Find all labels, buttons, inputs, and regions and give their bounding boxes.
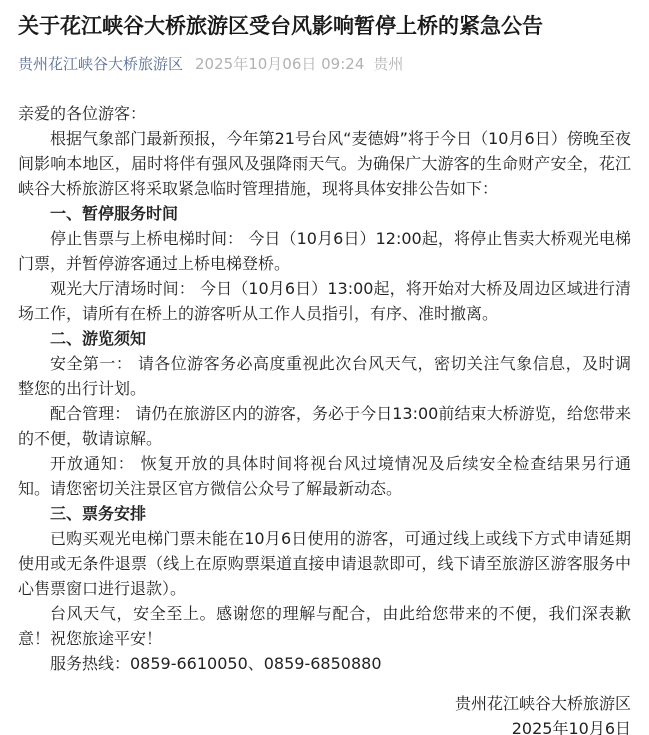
article-meta: 贵州花江峡谷大桥旅游区 2025年10月06日 09:24 贵州 [18,54,631,74]
body-paragraph: 停止售票与上桥电梯时间： 今日（10月6日）12:00起，将停止售卖大桥观光电梯… [18,226,631,276]
section-heading: 二、游览须知 [18,326,631,351]
section-heading: 一、暂停服务时间 [18,201,631,226]
article-title: 关于花江峡谷大桥旅游区受台风影响暂停上桥的紧急公告 [18,12,631,40]
article: 关于花江峡谷大桥旅游区受台风影响暂停上桥的紧急公告 贵州花江峡谷大桥旅游区 20… [0,0,649,735]
account-name-link[interactable]: 贵州花江峡谷大桥旅游区 [18,54,183,74]
publish-datetime: 2025年10月06日 09:24 [195,54,364,74]
signature-date: 2025年10月6日 [18,716,631,735]
body-paragraph: 台风天气，安全至上。感谢您的理解与配合，由此给您带来的不便，我们深表歉意！祝您旅… [18,601,631,651]
body-paragraph: 配合管理： 请仍在旅游区内的游客，务必于今日13:00前结束大桥游览，给您带来的… [18,401,631,451]
body-paragraph: 观光大厅清场时间： 今日（10月6日）13:00起，将开始对大桥及周边区域进行清… [18,276,631,326]
article-body: 亲爱的各位游客：根据气象部门最新预报，今年第21号台风“麦德姆”将于今日（10月… [18,101,631,676]
body-paragraph: 亲爱的各位游客： [18,101,631,126]
body-paragraph: 安全第一： 请各位游客务必高度重视此次台风天气，密切关注气象信息，及时调整您的出… [18,351,631,401]
body-paragraph: 服务热线：0859-6610050、0859-6850880 [18,651,631,676]
section-heading: 三、票务安排 [18,501,631,526]
signature-org: 贵州花江峡谷大桥旅游区 [18,691,631,716]
publish-location: 贵州 [373,54,403,74]
body-paragraph: 开放通知： 恢复开放的具体时间将视台风过境情况及后续安全检查结果另行通知。请您密… [18,451,631,501]
body-paragraph: 根据气象部门最新预报，今年第21号台风“麦德姆”将于今日（10月6日）傍晚至夜间… [18,126,631,201]
signature-block: 贵州花江峡谷大桥旅游区 2025年10月6日 [18,691,631,735]
body-paragraph: 已购买观光电梯门票未能在10月6日使用的游客，可通过线上或线下方式申请延期使用或… [18,526,631,601]
